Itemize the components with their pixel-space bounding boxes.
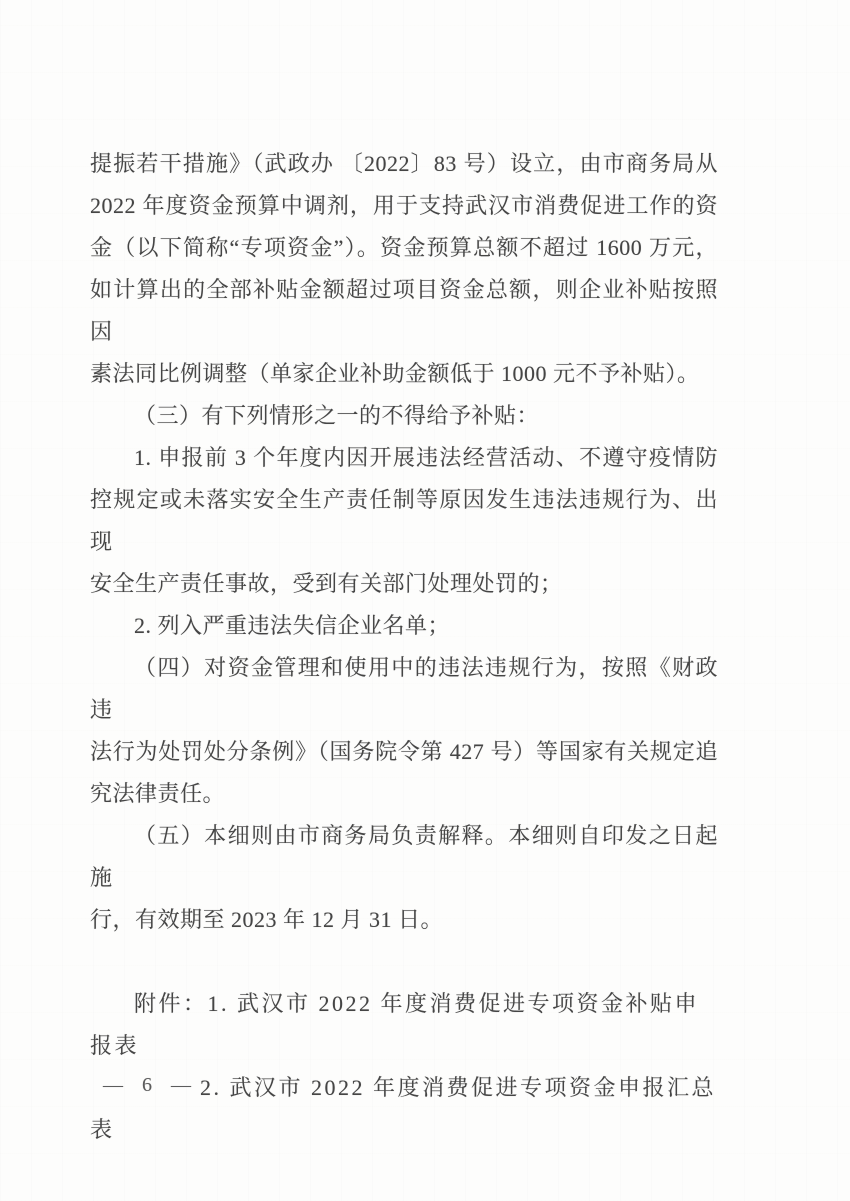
text-line: 控规定或未落实安全生产责任制等原因发生违法违规行为、出现 (90, 479, 718, 563)
text-line: 提振若干措施》（武政办 〔2022〕83 号）设立，由市商务局从 (90, 143, 718, 185)
text-line: 2022 年度资金预算中调剂，用于支持武汉市消费促进工作的资 (90, 185, 718, 227)
text-line: 行，有效期至 2023 年 12 月 31 日。 (90, 899, 718, 941)
scanned-page: 提振若干措施》（武政办 〔2022〕83 号）设立，由市商务局从2022 年度资… (0, 0, 850, 1201)
text-line: 素法同比例调整（单家企业补助金额低于 1000 元不予补贴）。 (90, 353, 718, 395)
text-line: 法行为处罚处分条例》（国务院令第 427 号）等国家有关规定追 (90, 731, 718, 773)
text-line: （四）对资金管理和使用中的违法违规行为，按照《财政违 (90, 647, 718, 731)
text-line: 究法律责任。 (90, 773, 718, 815)
text-line: （三）有下列情形之一的不得给予补贴： (90, 395, 718, 437)
text-line: 金（以下简称“专项资金”）。资金预算总额不超过 1600 万元， (90, 227, 718, 269)
blank-line (90, 941, 718, 983)
document-text: 提振若干措施》（武政办 〔2022〕83 号）设立，由市商务局从2022 年度资… (90, 143, 718, 1151)
text-line: 安全生产责任事故，受到有关部门处理处罚的； (90, 563, 718, 605)
text-line: 1. 申报前 3 个年度内因开展违法经营活动、不遵守疫情防 (90, 437, 718, 479)
text-line: （五）本细则由市商务局负责解释。本细则自印发之日起施 (90, 815, 718, 899)
page-number: — 6 — (103, 1072, 198, 1098)
text-line: 如计算出的全部补贴金额超过项目资金总额，则企业补贴按照因 (90, 269, 718, 353)
attachment-line: 附件：1. 武汉市 2022 年度消费促进专项资金补贴申报表 (90, 983, 718, 1067)
text-line: 2. 列入严重违法失信企业名单； (90, 605, 718, 647)
